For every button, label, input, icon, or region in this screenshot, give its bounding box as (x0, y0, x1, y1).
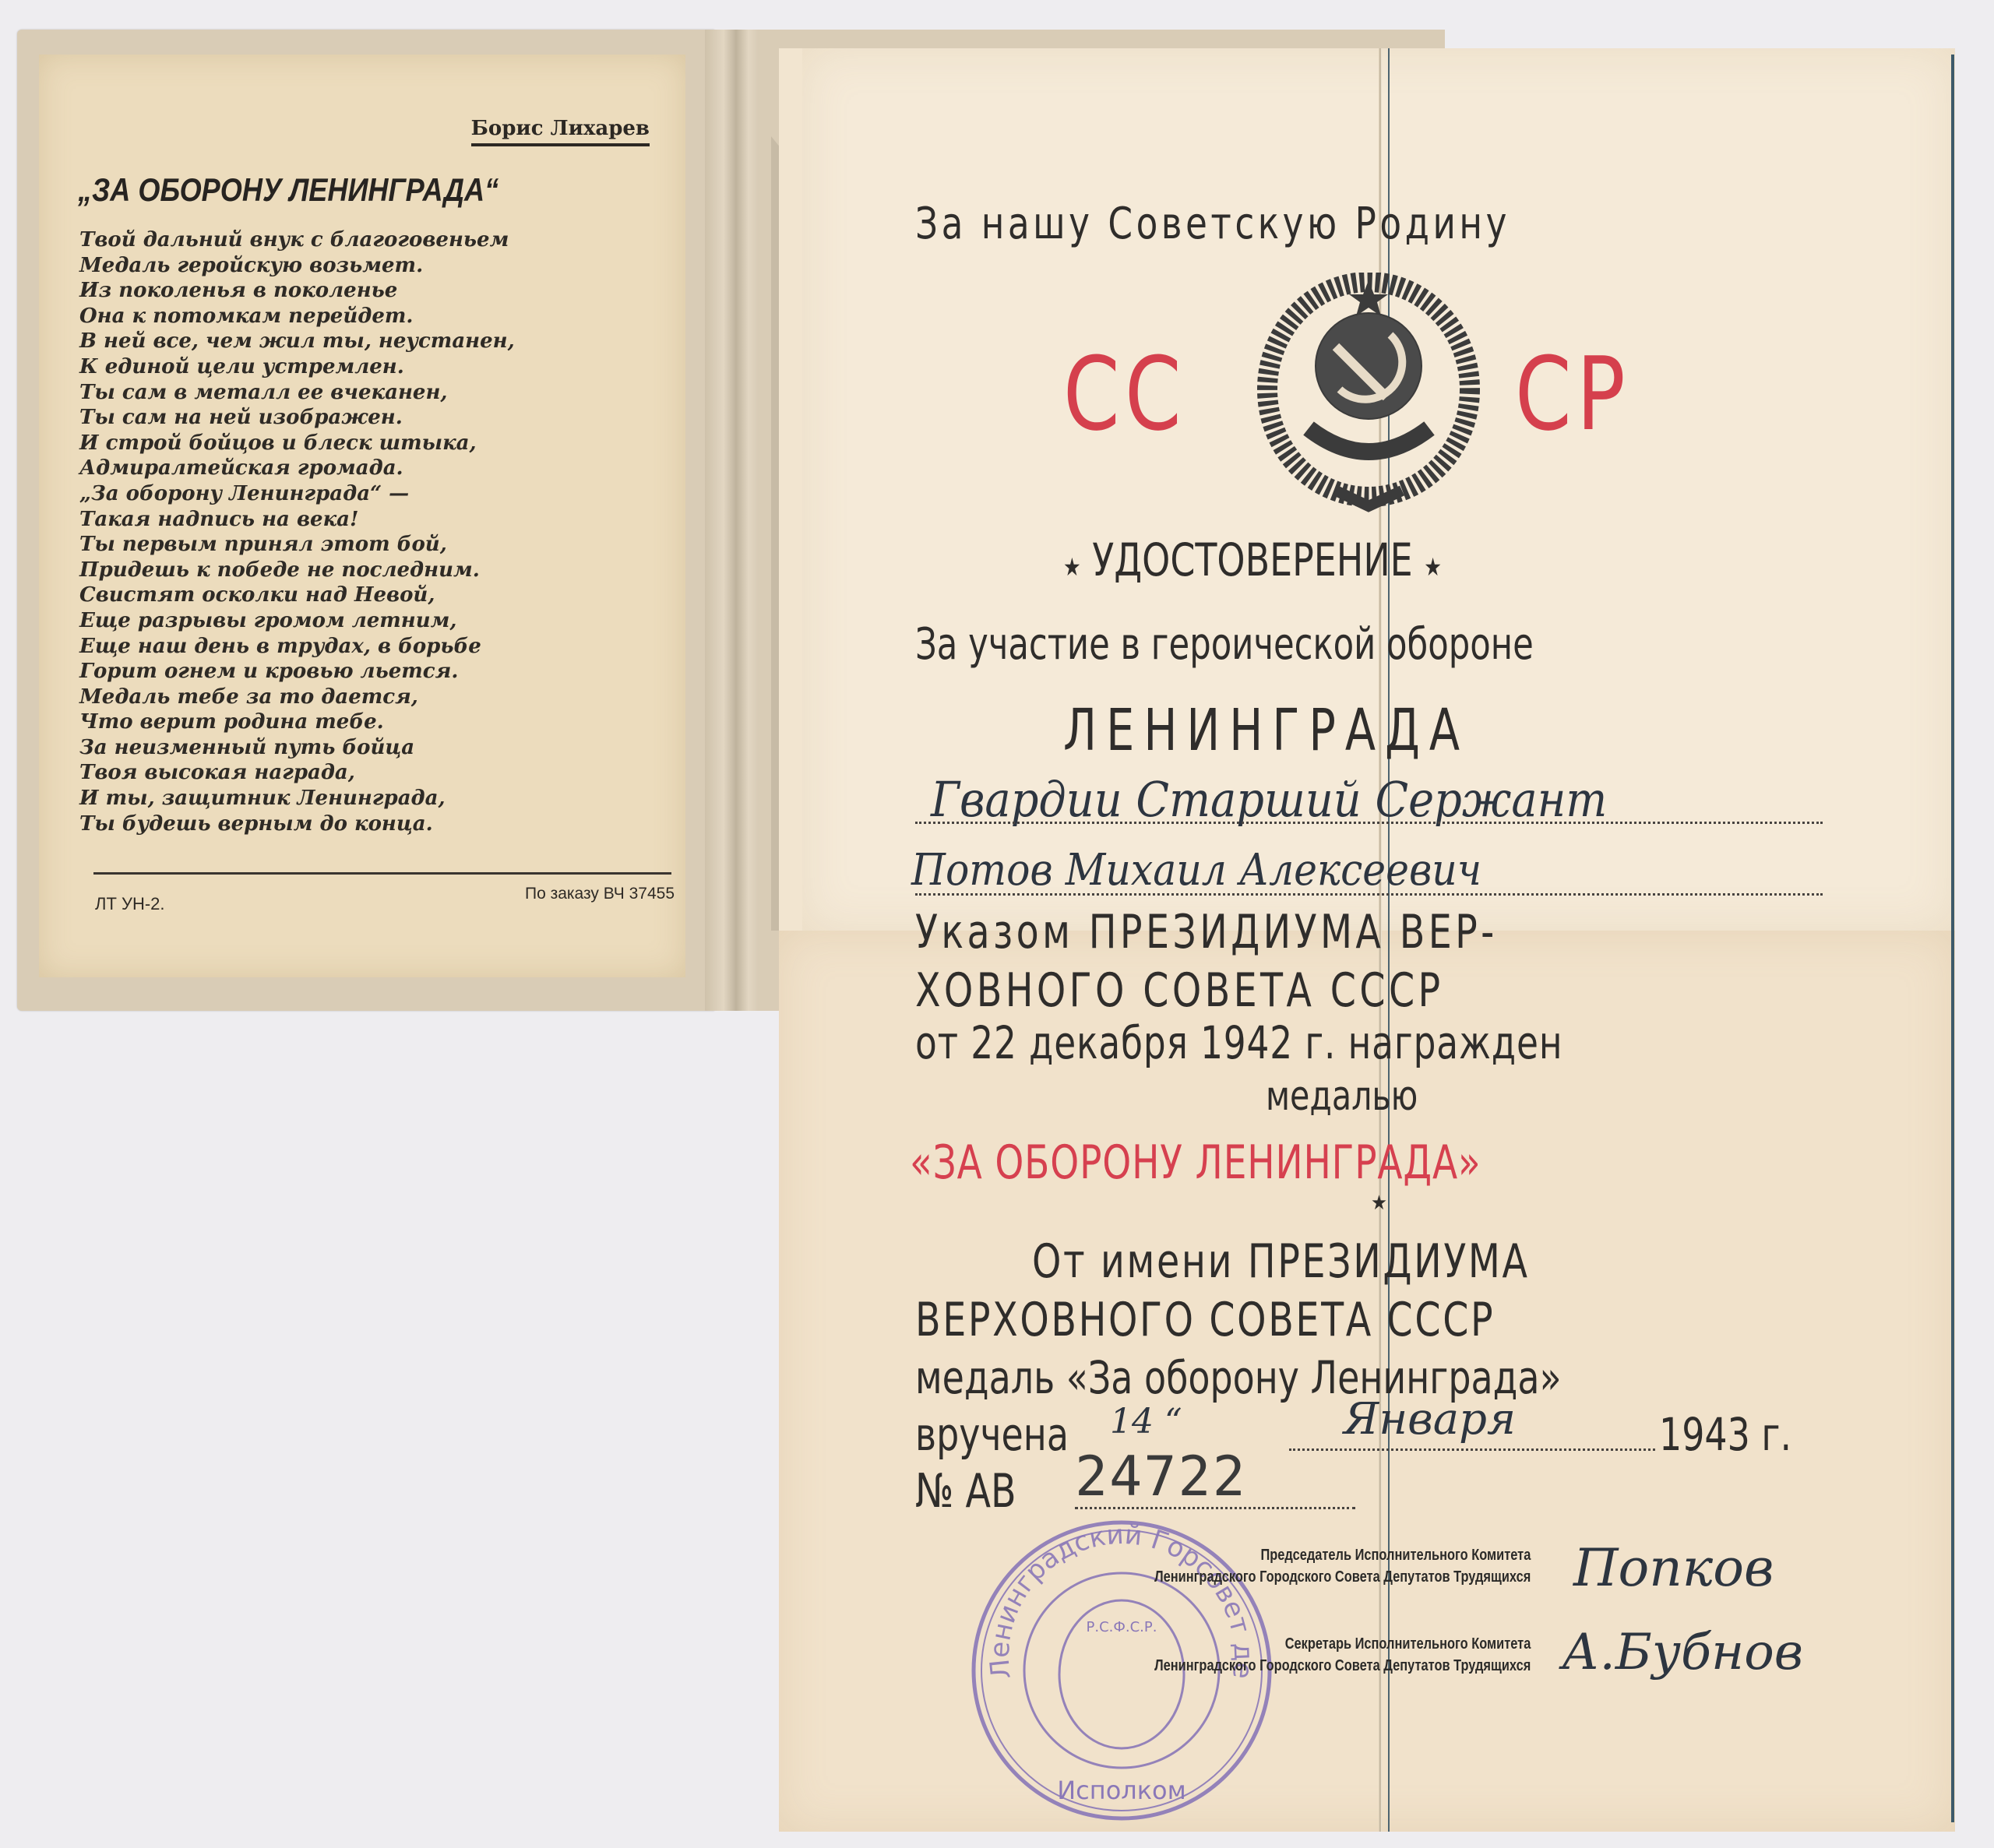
secretary-signature: А.Бубнов (1562, 1624, 1803, 1681)
poem-divider (93, 872, 671, 875)
participation-text: За участие в героической обороне (915, 619, 1534, 670)
poem-line: Еще наш день в трудах, в борьбе (79, 634, 671, 660)
number-label: № АВ (915, 1464, 1016, 1519)
poem-line: К единой цели устремлен. (79, 354, 671, 380)
sssr-right-letters: СР (1515, 335, 1630, 453)
poem-line: Такая надпись на века! (79, 507, 671, 533)
svg-text:Исполком: Исполком (1057, 1776, 1186, 1805)
ussr-coat-of-arms-icon (1254, 273, 1484, 514)
certificate-edge (1951, 55, 1954, 1822)
poem-line: Медаль геройскую возьмет. (79, 253, 671, 279)
certificate-heading: ★ УДОСТОВЕРЕНИЕ ★ (1063, 533, 1442, 586)
certificate-motto: За нашу Советскую Родину (915, 199, 1510, 249)
poem-line: Ты первым принял этот бой, (79, 532, 671, 558)
name-dotted-line (915, 893, 1823, 896)
poem-order-number: По заказу ВЧ 37455 (525, 885, 675, 903)
poem-line: В ней все, чем жил ты, неустанен, (79, 329, 671, 354)
poem-line: И ты, защитник Ленинграда, (79, 786, 671, 811)
date-dotted-line (1289, 1448, 1655, 1451)
star-icon: ★ (1371, 1192, 1387, 1215)
signatory-chairman-title: Председатель Исполнительного Комитета Ле… (1154, 1544, 1531, 1588)
poem-line: Адмиралтейская громада. (79, 456, 671, 481)
booklet-spine (705, 30, 767, 1011)
poem-page: Борис Лихарев „ЗА ОБОРОНУ ЛЕНИНГРАДА“ Тв… (39, 55, 685, 977)
poem-line: Ты сам на ней изображен. (79, 405, 671, 431)
poem-line: Горит огнем и кровью льется. (79, 659, 671, 685)
poem-print-code: ЛТ УН-2. (95, 894, 165, 914)
star-icon: ★ (1063, 552, 1081, 582)
poem-line: Что верит родина тебе. (79, 709, 671, 735)
decree-line-3: от 22 декабря 1942 г. награжден (915, 1016, 1562, 1069)
city-name: ЛЕНИНГРАДА (1063, 697, 1469, 764)
medal-word: медалью (1266, 1073, 1418, 1120)
presentation-line-1: От имени ПРЕЗИДИУМА (1032, 1234, 1530, 1289)
poem-line: Свистят осколки над Невой, (79, 583, 671, 608)
poem-line: За неизменный путь бойца (79, 735, 671, 761)
rank-dotted-line (915, 822, 1823, 824)
poem-line: Медаль тебе за то дается, (79, 685, 671, 710)
sssr-left-letters: СС (1063, 335, 1186, 453)
certificate-number: 24722 (1075, 1445, 1247, 1508)
recipient-rank: Гвардии Старший Сержант (931, 771, 1607, 828)
decree-line-1: Указом ПРЕЗИДИУМА ВЕР- (915, 905, 1498, 959)
poem-line: Ты сам в металл ее вчеканен, (79, 380, 671, 406)
chairman-signature: Попков (1573, 1538, 1774, 1598)
number-dotted-line (1075, 1507, 1355, 1509)
medal-name: «ЗА ОБОРОНУ ЛЕНИНГРАДА» (910, 1135, 1481, 1190)
poem-line: Из поколенья в поколенье (79, 278, 671, 304)
poem-line: Придешь к победе не последним. (79, 558, 671, 583)
presented-month: Января (1344, 1394, 1516, 1445)
svg-text:Р.С.Ф.С.Р.: Р.С.Ф.С.Р. (1087, 1619, 1157, 1635)
poem-line: Она к потомкам перейдет. (79, 304, 671, 329)
presented-day: 14 “ (1110, 1402, 1182, 1441)
poem-line: Ты будешь верным до конца. (79, 811, 671, 837)
decree-line-2: ХОВНОГО СОВЕТА СССР (915, 963, 1444, 1018)
presentation-line-2: ВЕРХОВНОГО СОВЕТА СССР (915, 1293, 1495, 1347)
poem-line: Твой дальний внук с благоговеньем (79, 227, 671, 253)
poem-title: „ЗА ОБОРОНУ ЛЕНИНГРАДА“ (78, 171, 498, 209)
poem-line: И строй бойцов и блеск штыка, (79, 431, 671, 456)
poem-line: Еще разрывы громом летним, (79, 608, 671, 634)
star-icon: ★ (1424, 552, 1442, 582)
presented-label: вручена (915, 1408, 1069, 1461)
poem-line: „За оборону Ленинграда“ — (79, 481, 671, 507)
certificate-heading-text: УДОСТОВЕРЕНИЕ (1092, 533, 1412, 586)
poem-body: Твой дальний внук с благоговеньемМедаль … (79, 227, 671, 836)
poem-line: Твоя высокая награда, (79, 760, 671, 786)
presented-year: 1943 г. (1659, 1408, 1791, 1461)
signatory-secretary-title: Секретарь Исполнительного Комитета Ленин… (1154, 1633, 1531, 1677)
poem-author: Борис Лихарев (471, 117, 650, 146)
recipient-name: Потов Михаил Алексеевич (911, 845, 1481, 896)
